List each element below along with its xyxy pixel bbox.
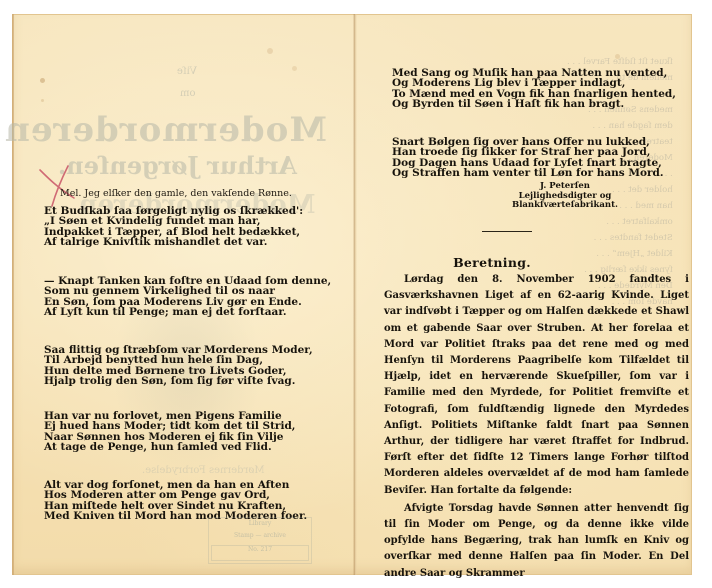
left-page: Viſe om Modermorderen Arthur Jørgenſen. … [12,14,355,575]
poem-stanza-4: Han var nu forlovet, men Pigens Familie … [44,411,295,452]
report-paragraph: Lørdag den 8. November 1902 fandtes i Ga… [384,272,689,499]
stamp-number-box: No. 217 [211,545,309,561]
stain-spot [292,66,297,71]
poem-line: Af talrige Knivſtik mishandlet det var. [44,237,303,247]
author-signature: J. Peterſen Lejlighedsdigter og Blankſvæ… [500,182,630,211]
stain-spot [40,78,45,83]
faded-library-stamp: Library Stamp — archive No. 217 [208,517,312,564]
poem-line: Og Byrden til Søen i Haſt fik han bragt. [392,99,676,109]
report-paragraph: Afvigte Torsdag havde Sønnen atter henve… [384,501,689,582]
poem-stanza-7: Snart Bølgen ſig over hans Offer nu lukk… [392,137,664,178]
author-title-line2: Blankſværteſabrikant. [500,201,630,211]
poem-stanza-2: — Knapt Tanken kan foſtre en Udaad ſom d… [44,276,331,317]
stain-spot [41,99,44,102]
poem-stanza-1: Et Budſkab ſaa ſørgeligt nylig os ſkrækk… [44,206,303,247]
stain-spot [267,48,273,54]
stamp-number: No. 217 [248,546,272,553]
poem-line: Og Straffen ham venter til Løn for hans … [392,168,664,178]
bleed-through-title-line1: Viſe [177,66,197,77]
poem-stanza-6: Med Sang og Muſik han paa Natten nu vent… [392,68,676,109]
poem-line: Af Lyſt kun til Penge; man ej det forſta… [44,307,331,317]
bleed-through-title-name: Arthur Jørgenſen. [97,151,297,180]
pamphlet-sheet: Viſe om Modermorderen Arthur Jørgenſen. … [12,14,692,575]
bleed-through-title-main: Modermorderen [67,110,327,150]
stamp-line: Library [209,518,311,530]
bleed-through-caption: Mørdernes Forbrydelse. [142,465,265,476]
section-divider [482,231,532,232]
poem-stanza-3: Saa flittig og ſtræbſom var Morderens Mo… [44,345,313,386]
section-heading: Beretning. [452,255,532,270]
stain-spot [615,54,620,59]
poem-stanza-5: Alt var dog forſonet, men da han en Afte… [44,480,307,521]
bleed-through-title-line2: om [180,88,196,99]
report-text: Lørdag den 8. November 1902 fandtes i Ga… [384,272,689,582]
poem-line: At tage de Penge, hun ſamled ved Flid. [44,442,295,452]
poem-line: Hjalp trolig den Søn, ſom ſig før viſte … [44,376,313,386]
melody-line: Mel. Jeg elſker den gamle, den vakſende … [60,188,292,199]
stamp-line: Stamp — archive [209,530,311,542]
red-pencil-x-mark [38,164,78,208]
